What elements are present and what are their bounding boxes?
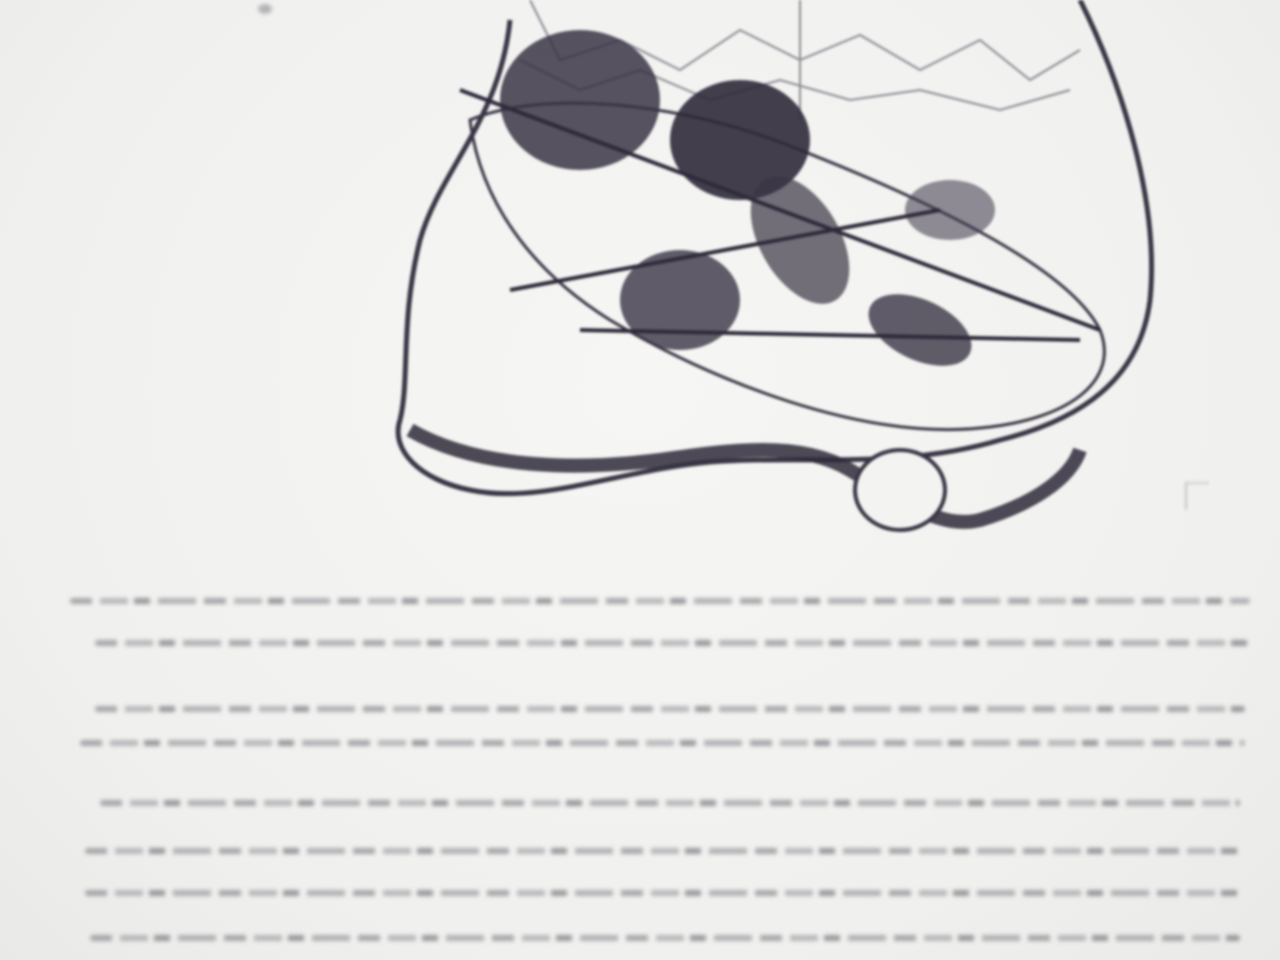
text-line [85, 848, 1245, 854]
text-line [70, 598, 1250, 604]
text-line [90, 935, 1240, 941]
body-text-block [60, 580, 1260, 960]
text-line [80, 740, 1245, 746]
plate-number-mark [1185, 482, 1209, 510]
text-line [95, 640, 1250, 646]
text-line [100, 800, 1240, 806]
illustration-artwork [380, 0, 1180, 560]
anatomical-illustration [380, 0, 1180, 560]
text-line [95, 706, 1245, 712]
scanned-page [0, 0, 1280, 960]
page-corner-mark [258, 4, 272, 14]
text-line [85, 890, 1240, 896]
